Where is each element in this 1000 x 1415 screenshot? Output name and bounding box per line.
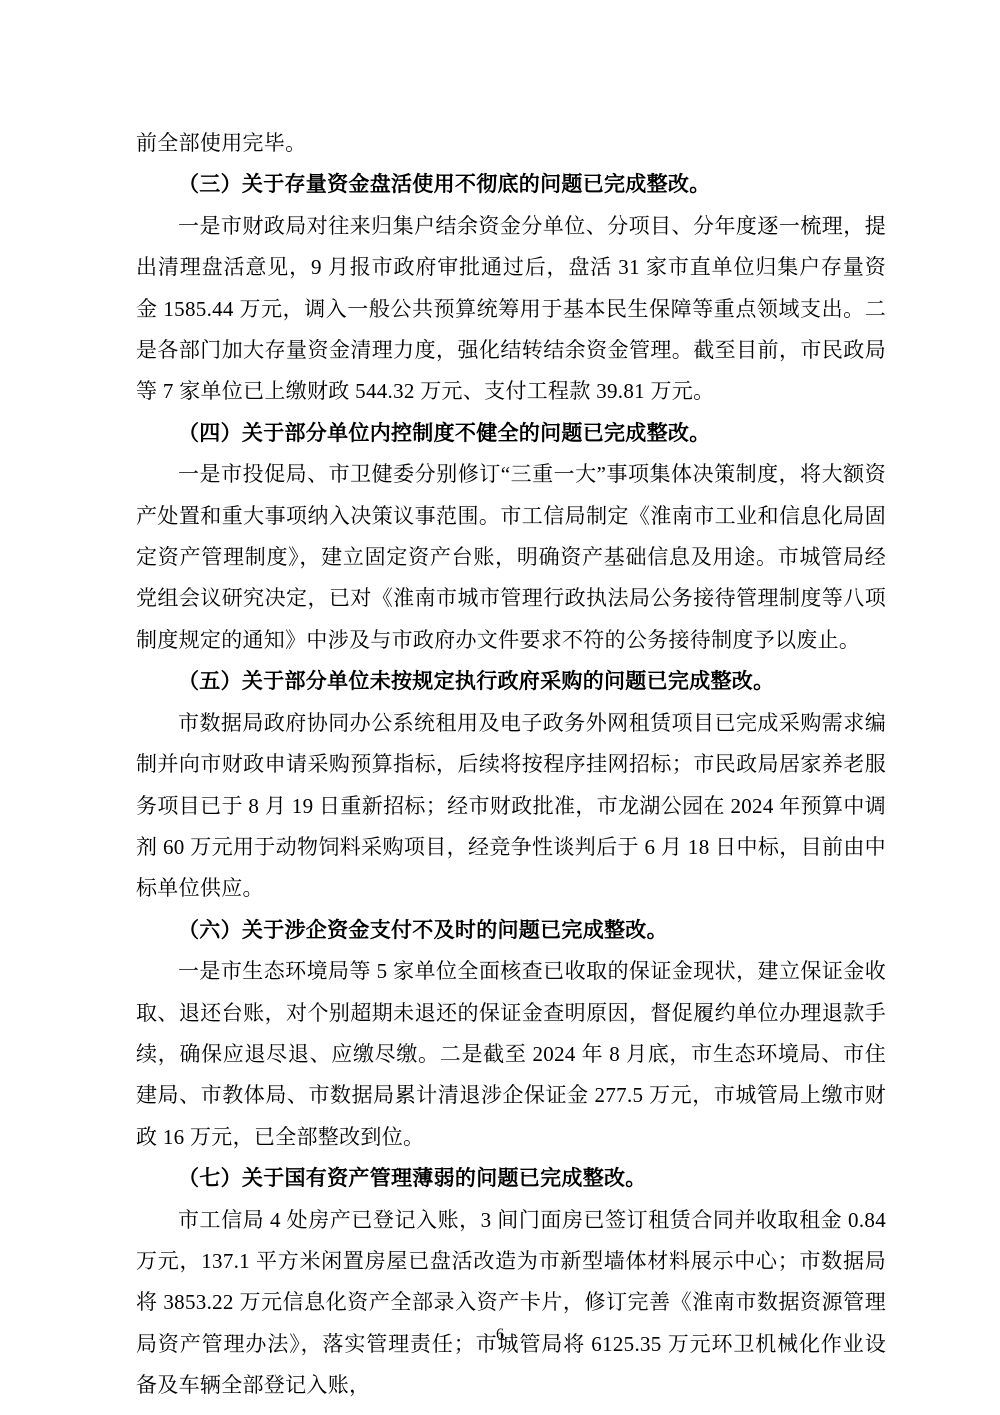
paragraph-continuation: 前全部使用完毕。 bbox=[136, 123, 886, 164]
section-6-paragraph: 一是市生态环境局等 5 家单位全面核查已收取的保证金现状，建立保证金收取、退还台… bbox=[136, 951, 886, 1158]
document-page: 前全部使用完毕。 （三）关于存量资金盘活使用不彻底的问题已完成整改。 一是市财政… bbox=[0, 0, 1000, 1415]
section-heading-7: （七）关于国有资产管理薄弱的问题已完成整改。 bbox=[136, 1158, 886, 1199]
section-heading-4: （四）关于部分单位内控制度不健全的问题已完成整改。 bbox=[136, 413, 886, 454]
section-4-paragraph: 一是市投促局、市卫健委分别修订“三重一大”事项集体决策制度，将大额资产处置和重大… bbox=[136, 454, 886, 661]
section-heading-3: （三）关于存量资金盘活使用不彻底的问题已完成整改。 bbox=[136, 164, 886, 205]
document-body: 前全部使用完毕。 （三）关于存量资金盘活使用不彻底的问题已完成整改。 一是市财政… bbox=[136, 123, 886, 1407]
section-heading-6: （六）关于涉企资金支付不及时的问题已完成整改。 bbox=[136, 910, 886, 951]
section-7-paragraph: 市工信局 4 处房产已登记入账，3 间门面房已签订租赁合同并收取租金 0.84 … bbox=[136, 1200, 886, 1407]
section-5-paragraph: 市数据局政府协同办公系统租用及电子政务外网租赁项目已完成采购需求编制并向市财政申… bbox=[136, 703, 886, 910]
page-number: 6 bbox=[0, 1326, 1000, 1344]
section-3-paragraph: 一是市财政局对往来归集户结余资金分单位、分项目、分年度逐一梳理，提出清理盘活意见… bbox=[136, 206, 886, 413]
section-heading-5: （五）关于部分单位未按规定执行政府采购的问题已完成整改。 bbox=[136, 661, 886, 702]
